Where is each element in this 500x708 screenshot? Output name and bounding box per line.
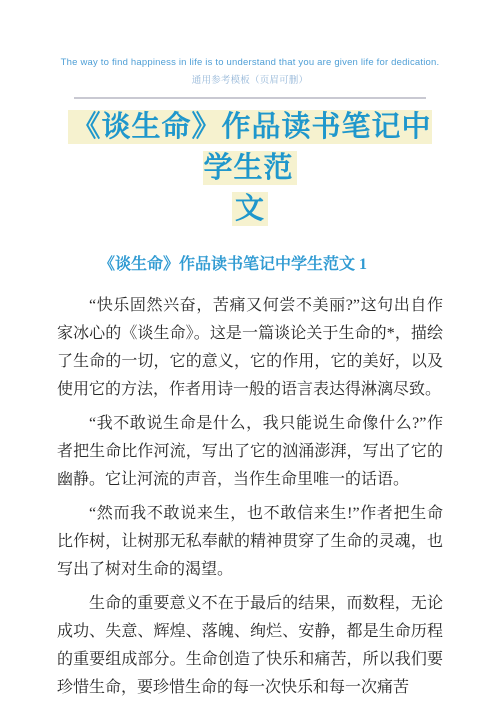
document-title: 《谈生命》作品读书笔记中学生范 文 [57, 107, 443, 230]
paragraph-4: 生命的重要意义不在于最后的结果，而数程，无论成功、失意、辉煌、落魄、绚烂、安静，… [57, 590, 443, 702]
document-page: The way to find happiness in life is to … [0, 0, 500, 708]
page-header-note: The way to find happiness in life is to … [57, 54, 443, 90]
paragraph-1: “快乐固然兴奋，苦痛又何尝不美丽?”这句出自作家冰心的《谈生命》。这是一篇谈论关… [57, 292, 443, 404]
paragraph-3: “然而我不敢说来生，也不敢信来生!”作者把生命比作树，让树那无私奉献的精神贯穿了… [57, 500, 443, 584]
header-divider [74, 97, 426, 99]
title-line-2: 文 [232, 192, 268, 226]
section-subtitle: 《谈生命》作品读书笔记中学生范文 1 [57, 254, 443, 276]
paragraph-2: “我不敢说生命是什么，我只能说生命像什么?”作者把生命比作河流，写出了它的汹涌澎… [57, 410, 443, 494]
title-line-1: 《谈生命》作品读书笔记中学生范 [68, 110, 431, 185]
header-chinese-text: 通用参考模板（页眉可删） [192, 75, 308, 86]
body-text: “快乐固然兴奋，苦痛又何尝不美丽?”这句出自作家冰心的《谈生命》。这是一篇谈论关… [57, 292, 443, 702]
header-english-text: The way to find happiness in life is to … [61, 57, 440, 68]
